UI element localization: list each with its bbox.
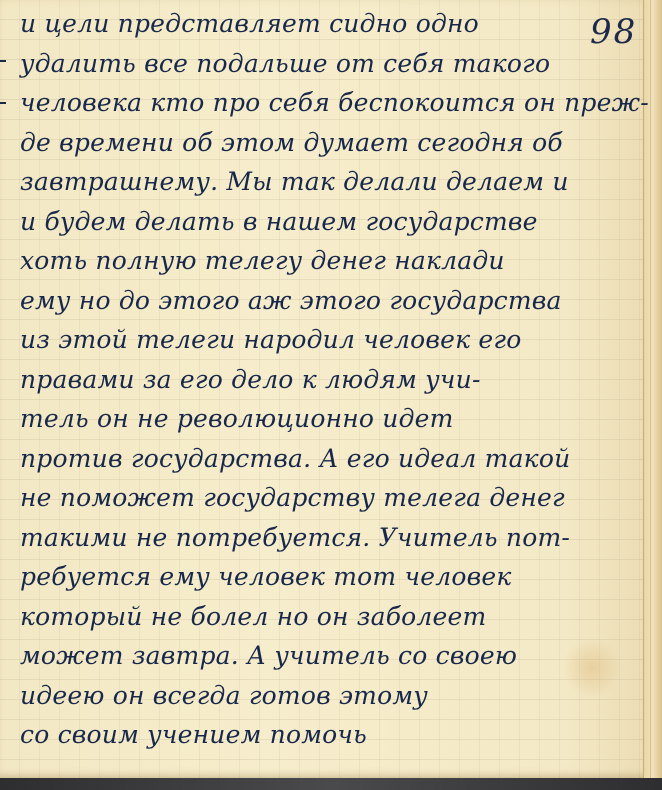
handwritten-text-body: и цели представляет сидно одно удалить в… bbox=[20, 4, 610, 755]
margin-mark bbox=[0, 102, 6, 104]
text-line: тель он не революционно идет bbox=[20, 399, 610, 439]
text-line: ему но до этого аж этого государства bbox=[20, 281, 610, 321]
text-line: ребуется ему человек тот человек bbox=[20, 557, 610, 597]
text-line: против государства. А его идеал такой bbox=[20, 439, 610, 479]
text-line: идеею он всегда готов этому bbox=[20, 676, 610, 716]
text-line: и будем делать в нашем государстве bbox=[20, 202, 610, 242]
notebook-page: 98 и цели представляет сидно одно удалит… bbox=[0, 0, 662, 778]
text-line: который не болел но он заболеет bbox=[20, 597, 610, 637]
text-line: человека кто про себя беспокоится он пре… bbox=[20, 83, 610, 123]
text-line: де времени об этом думает сегодня об bbox=[20, 123, 610, 163]
text-line: может завтра. А учитель со своею bbox=[20, 636, 610, 676]
text-line: не поможет государству телега денег bbox=[20, 478, 610, 518]
text-line: со своим учением помочь bbox=[20, 715, 610, 755]
text-line: и цели представляет сидно одно bbox=[20, 4, 610, 44]
scan-background-strip bbox=[0, 778, 662, 790]
text-line: удалить все подальше от себя такого bbox=[20, 44, 610, 84]
text-line: завтрашнему. Мы так делали делаем и bbox=[20, 162, 610, 202]
text-line: хоть полную телегу денег наклади bbox=[20, 241, 610, 281]
margin-mark bbox=[0, 60, 6, 62]
text-line: правами за его дело к людям учи- bbox=[20, 360, 610, 400]
text-line: такими не потребуется. Учитель пот- bbox=[20, 518, 610, 558]
text-line: из этой телеги народил человек его bbox=[20, 320, 610, 360]
